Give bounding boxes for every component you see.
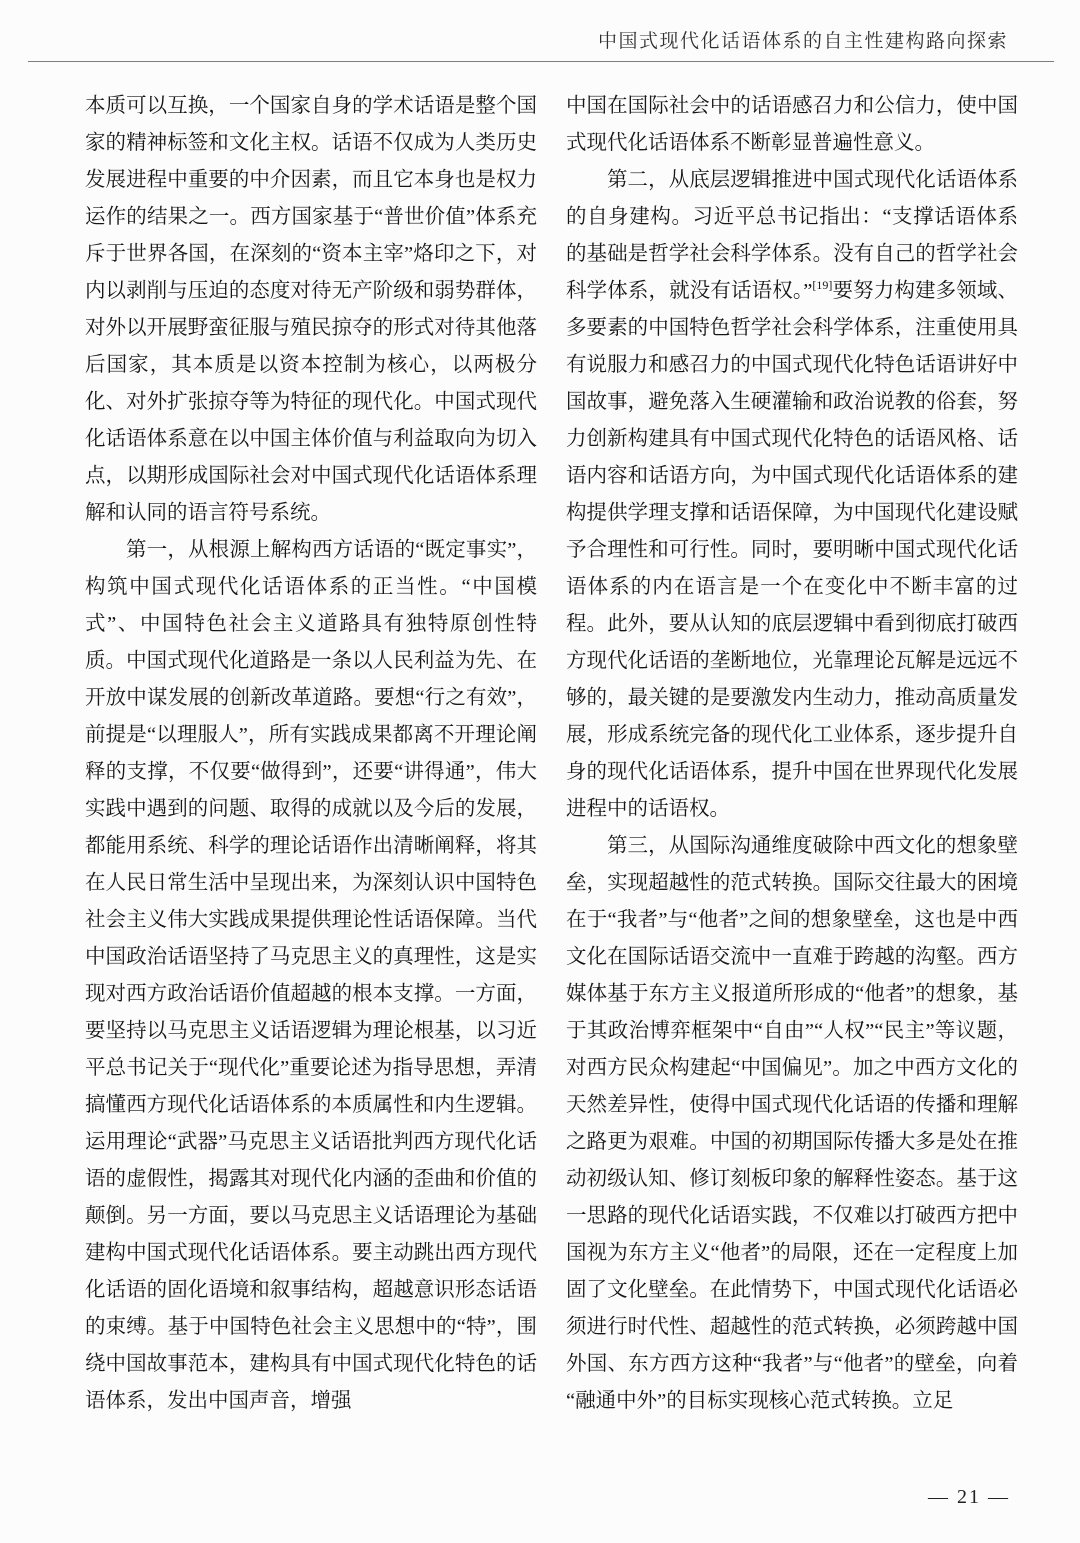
paragraph-text: 要努力构建多领域、多要素的中国特色哲学社会科学体系，注重使用具有说服力和感召力的… xyxy=(566,280,1018,820)
journal-page: 中国式现代化话语体系的自主性建构路向探索 本质可以互换，一个国家自身的学术话语是… xyxy=(0,0,1080,1543)
left-column: 本质可以互换，一个国家自身的学术话语是整个国家的精神标签和文化主权。话语不仅成为… xyxy=(85,88,537,1420)
running-title: 中国式现代化话语体系的自主性建构路向探索 xyxy=(598,26,1008,53)
page-number: — 21 — xyxy=(928,1486,1010,1509)
paragraph-second-point: 第二，从底层逻辑推进中国式现代化话语体系的自身建构。习近平总书记指出：“支撑话语… xyxy=(566,162,1018,828)
header-rule xyxy=(28,61,1054,62)
citation-ref-19: [19] xyxy=(812,278,832,292)
paragraph-first-point: 第一，从根源上解构西方话语的“既定事实”，构筑中国式现代化话语体系的正当性。“中… xyxy=(85,532,537,1420)
right-column: 中国在国际社会中的话语感召力和公信力，使中国式现代化话语体系不断彰显普遍性意义。… xyxy=(566,88,1018,1420)
paragraph-third-point: 第三，从国际沟通维度破除中西文化的想象壁垒，实现超越性的范式转换。国际交往最大的… xyxy=(566,828,1018,1420)
paragraph-continuation: 中国在国际社会中的话语感召力和公信力，使中国式现代化话语体系不断彰显普遍性意义。 xyxy=(566,88,1018,162)
paragraph-continuation: 本质可以互换，一个国家自身的学术话语是整个国家的精神标签和文化主权。话语不仅成为… xyxy=(85,88,537,532)
